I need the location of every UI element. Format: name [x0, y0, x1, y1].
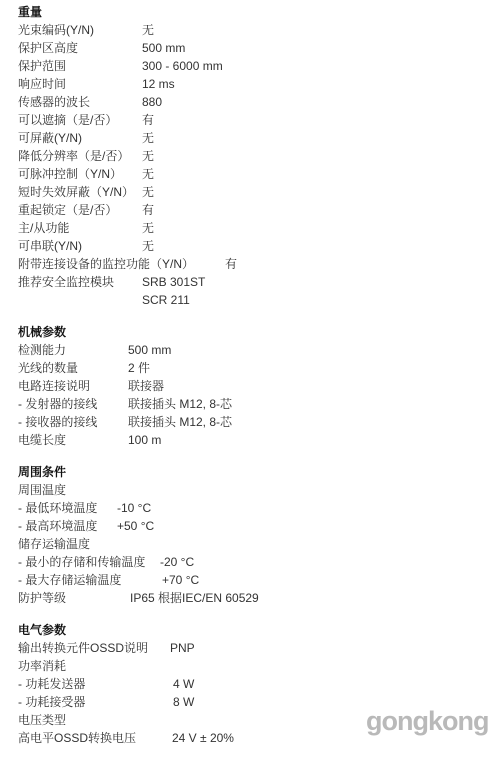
spec-label: 防护等级 [18, 589, 130, 607]
spec-row: - 发射器的接线联接插头 M12, 8-芯 [18, 395, 497, 413]
spec-row: 主/从功能无 [18, 219, 497, 237]
spec-value: IP65 根据IEC/EN 60529 [130, 589, 259, 607]
spec-value: +70 °C [162, 571, 199, 589]
spec-row: 周围温度 [18, 481, 497, 499]
spec-label: 附带连接设备的监控功能（Y/N） [18, 255, 225, 273]
spec-label: 可屏蔽(Y/N) [18, 129, 142, 147]
spec-label: - 功耗发送器 [18, 675, 173, 693]
spec-value: 12 ms [142, 75, 175, 93]
spec-row: 可屏蔽(Y/N)无 [18, 129, 497, 147]
spec-value: 有 [142, 201, 154, 219]
spec-row: 检测能力500 mm [18, 341, 497, 359]
spec-value: 300 - 6000 mm [142, 57, 223, 75]
spec-row: 可以遮摘（是/否）有 [18, 111, 497, 129]
section-weight: 重量 光束编码(Y/N)无 保护区高度500 mm 保护范围300 - 6000… [18, 3, 497, 309]
section-title: 重量 [18, 3, 497, 21]
spec-row: 光束编码(Y/N)无 [18, 21, 497, 39]
spec-row: - 接收器的接线联接插头 M12, 8-芯 [18, 413, 497, 431]
spec-row: 重起锁定（是/否）有 [18, 201, 497, 219]
spec-value: 联接插头 M12, 8-芯 [128, 395, 232, 413]
spec-label: 响应时间 [18, 75, 142, 93]
spec-value: 无 [142, 183, 154, 201]
spec-value: -10 °C [117, 499, 151, 517]
spec-label: 电压类型 [18, 711, 173, 729]
spec-label: 重起锁定（是/否） [18, 201, 142, 219]
spec-row: - 最小的存储和传输温度-20 °C [18, 553, 497, 571]
spec-label: 高电平OSSD转换电压 [18, 729, 172, 747]
spec-label: - 最小的存储和传输温度 [18, 553, 160, 571]
spec-label: 保护区高度 [18, 39, 142, 57]
spec-label: 电缆长度 [18, 431, 128, 449]
spec-label: 可以遮摘（是/否） [18, 111, 142, 129]
spec-value: SCR 211 [142, 291, 190, 309]
spec-row: 防护等级IP65 根据IEC/EN 60529 [18, 589, 497, 607]
spec-row: 传感器的波长880 [18, 93, 497, 111]
spec-value: 8 W [173, 693, 194, 711]
section-mechanical: 机械参数 检测能力500 mm 光线的数量2 件 电路连接说明联接器 - 发射器… [18, 323, 497, 449]
spec-row: 电缆长度100 m [18, 431, 497, 449]
spec-label: - 接收器的接线 [18, 413, 128, 431]
spec-label: 输出转换元件OSSD说明 [18, 639, 170, 657]
spec-row: 储存运输温度 [18, 535, 497, 553]
spec-label: - 最高环境温度 [18, 517, 117, 535]
spec-value: 4 W [173, 675, 194, 693]
spec-value: 有 [142, 111, 154, 129]
spec-label: - 最大存储运输温度 [18, 571, 162, 589]
spec-row: 功率消耗 [18, 657, 497, 675]
spec-value: -20 °C [160, 553, 194, 571]
section-environment: 周围条件 周围温度 - 最低环境温度-10 °C - 最高环境温度+50 °C … [18, 463, 497, 607]
spec-label: - 功耗接受器 [18, 693, 173, 711]
spec-label: 光线的数量 [18, 359, 128, 377]
spec-row: 短时失效屏蔽（Y/N）无 [18, 183, 497, 201]
spec-row: 保护范围300 - 6000 mm [18, 57, 497, 75]
spec-value: 有 [225, 255, 237, 273]
spec-label: 检测能力 [18, 341, 128, 359]
spec-value: 无 [142, 237, 154, 255]
spec-row: 光线的数量2 件 [18, 359, 497, 377]
spec-value: 24 V ± 20% [172, 729, 234, 747]
section-title: 周围条件 [18, 463, 497, 481]
spec-label: 可脉冲控制（Y/N） [18, 165, 142, 183]
spec-value: 联接器 [128, 377, 164, 395]
spec-label: 可串联(Y/N) [18, 237, 142, 255]
gongkong-watermark: gongkong [366, 706, 488, 737]
spec-value: 联接插头 M12, 8-芯 [128, 413, 232, 431]
spec-value: 无 [142, 165, 154, 183]
spec-row: 推荐安全监控模块SRB 301ST [18, 273, 497, 291]
spec-row: 响应时间12 ms [18, 75, 497, 93]
spec-label: 保护范围 [18, 57, 142, 75]
spec-label: 降低分辨率（是/否） [18, 147, 142, 165]
spec-document: 重量 光束编码(Y/N)无 保护区高度500 mm 保护范围300 - 6000… [0, 0, 497, 747]
spec-value: 100 m [128, 431, 161, 449]
spec-value: 无 [142, 129, 154, 147]
spec-row: 电路连接说明联接器 [18, 377, 497, 395]
section-title: 电气参数 [18, 621, 497, 639]
spec-value: 880 [142, 93, 162, 111]
spec-label: 主/从功能 [18, 219, 142, 237]
spec-row: 附带连接设备的监控功能（Y/N）有 [18, 255, 497, 273]
spec-label: 功率消耗 [18, 657, 170, 675]
spec-row: 可串联(Y/N)无 [18, 237, 497, 255]
spec-label: 周围温度 [18, 481, 117, 499]
spec-row: - 功耗发送器4 W [18, 675, 497, 693]
spec-label: 推荐安全监控模块 [18, 273, 142, 291]
spec-value: 无 [142, 219, 154, 237]
spec-value: 500 mm [128, 341, 171, 359]
section-title: 机械参数 [18, 323, 497, 341]
spec-label: 光束编码(Y/N) [18, 21, 142, 39]
spec-row: 保护区高度500 mm [18, 39, 497, 57]
spec-value: 无 [142, 21, 154, 39]
spec-label: 电路连接说明 [18, 377, 128, 395]
spec-label: 储存运输温度 [18, 535, 117, 553]
spec-label: 短时失效屏蔽（Y/N） [18, 183, 142, 201]
spec-label: 传感器的波长 [18, 93, 142, 111]
spec-label: - 发射器的接线 [18, 395, 128, 413]
spec-value: PNP [170, 639, 195, 657]
spec-row: - 最低环境温度-10 °C [18, 499, 497, 517]
spec-row: SCR 211 [18, 291, 497, 309]
spec-row: - 最大存储运输温度+70 °C [18, 571, 497, 589]
spec-value: 500 mm [142, 39, 185, 57]
spec-label: - 最低环境温度 [18, 499, 117, 517]
spec-row: - 最高环境温度+50 °C [18, 517, 497, 535]
spec-value: 2 件 [128, 359, 150, 377]
spec-row: 降低分辨率（是/否）无 [18, 147, 497, 165]
spec-value: 无 [142, 147, 154, 165]
spec-value: +50 °C [117, 517, 154, 535]
spec-row: 可脉冲控制（Y/N）无 [18, 165, 497, 183]
spec-value: SRB 301ST [142, 273, 205, 291]
spec-row: 输出转换元件OSSD说明PNP [18, 639, 497, 657]
